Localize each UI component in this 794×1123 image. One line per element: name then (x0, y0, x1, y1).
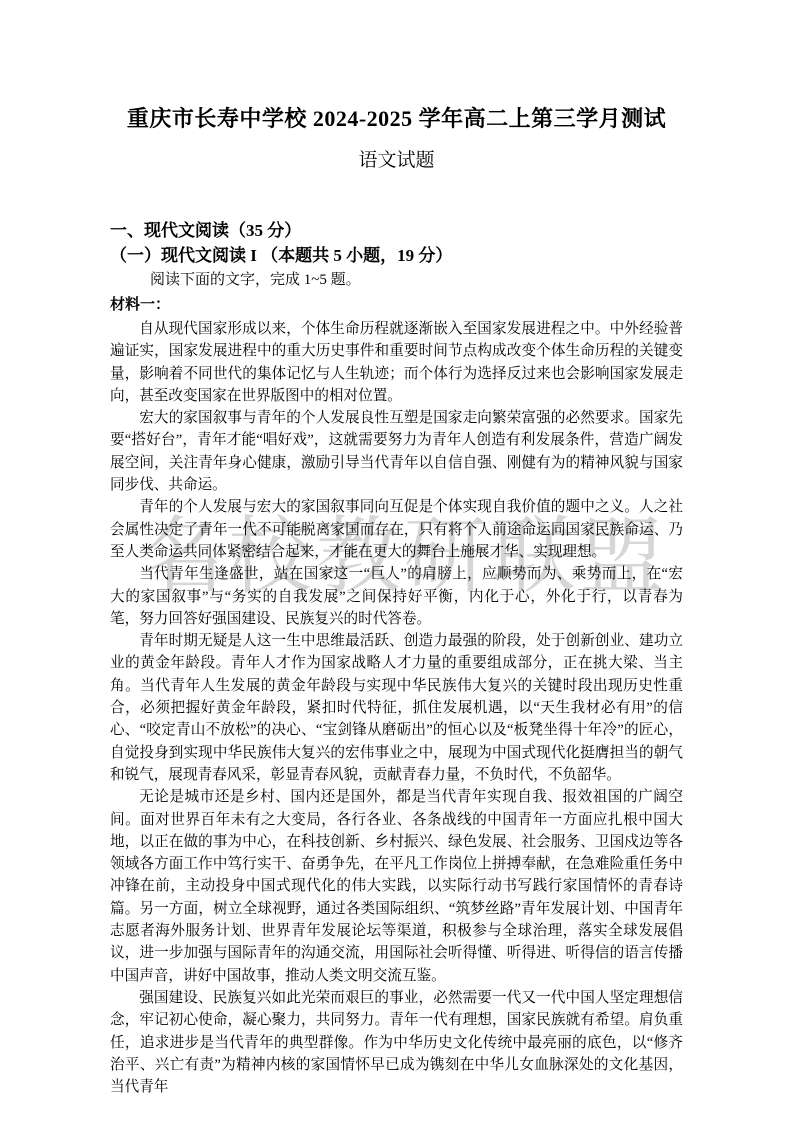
paragraph: 自从现代国家形成以来，个体生命历程就逐渐嵌入至国家发展进程之中。中外经验普遍证实… (110, 318, 683, 407)
exam-title: 重庆市长寿中学校 2024-2025 学年高二上第三学月测试 (110, 104, 683, 134)
section-heading-modern-text-reading: 一、现代文阅读（35 分） (110, 218, 683, 243)
page-content: 重庆市长寿中学校 2024-2025 学年高二上第三学月测试 语文试题 一、现代… (110, 0, 683, 1098)
subsection-heading-reading-1: （一）现代文阅读 I （本题共 5 小题，19 分） (110, 243, 683, 268)
reading-instruction: 阅读下面的文字，完成 1~5 题。 (110, 268, 683, 293)
exam-subtitle: 语文试题 (110, 148, 683, 174)
paragraph: 当代青年生逢盛世，站在国家这一“巨人”的肩膀上，应顺势而为、乘势而上，在“宏大的… (110, 563, 683, 630)
paragraph: 青年的个人发展与宏大的家国叙事同向互促是个体实现自我价值的题中之义。人之社会属性… (110, 496, 683, 563)
paragraph: 青年时期无疑是人这一生中思维最活跃、创造力最强的阶段，处于创新创业、建功立业的黄… (110, 630, 683, 786)
material-one-label: 材料一： (110, 293, 683, 318)
paragraph: 强国建设、民族复兴如此光荣而艰巨的事业，必然需要一代又一代中国人坚定理想信念，牢… (110, 987, 683, 1098)
material-one-text: 自从现代国家形成以来，个体生命历程就逐渐嵌入至国家发展进程之中。中外经验普遍证实… (110, 318, 683, 1098)
paragraph: 宏大的家国叙事与青年的个人发展良性互塑是国家走向繁荣富强的必然要求。国家先要“搭… (110, 407, 683, 496)
document-page: 名校教研联盟 重庆市长寿中学校 2024-2025 学年高二上第三学月测试 语文… (0, 0, 794, 1123)
paragraph: 无论是城市还是乡村、国内还是国外，都是当代青年实现自我、报效祖国的广阔空间。面对… (110, 786, 683, 987)
